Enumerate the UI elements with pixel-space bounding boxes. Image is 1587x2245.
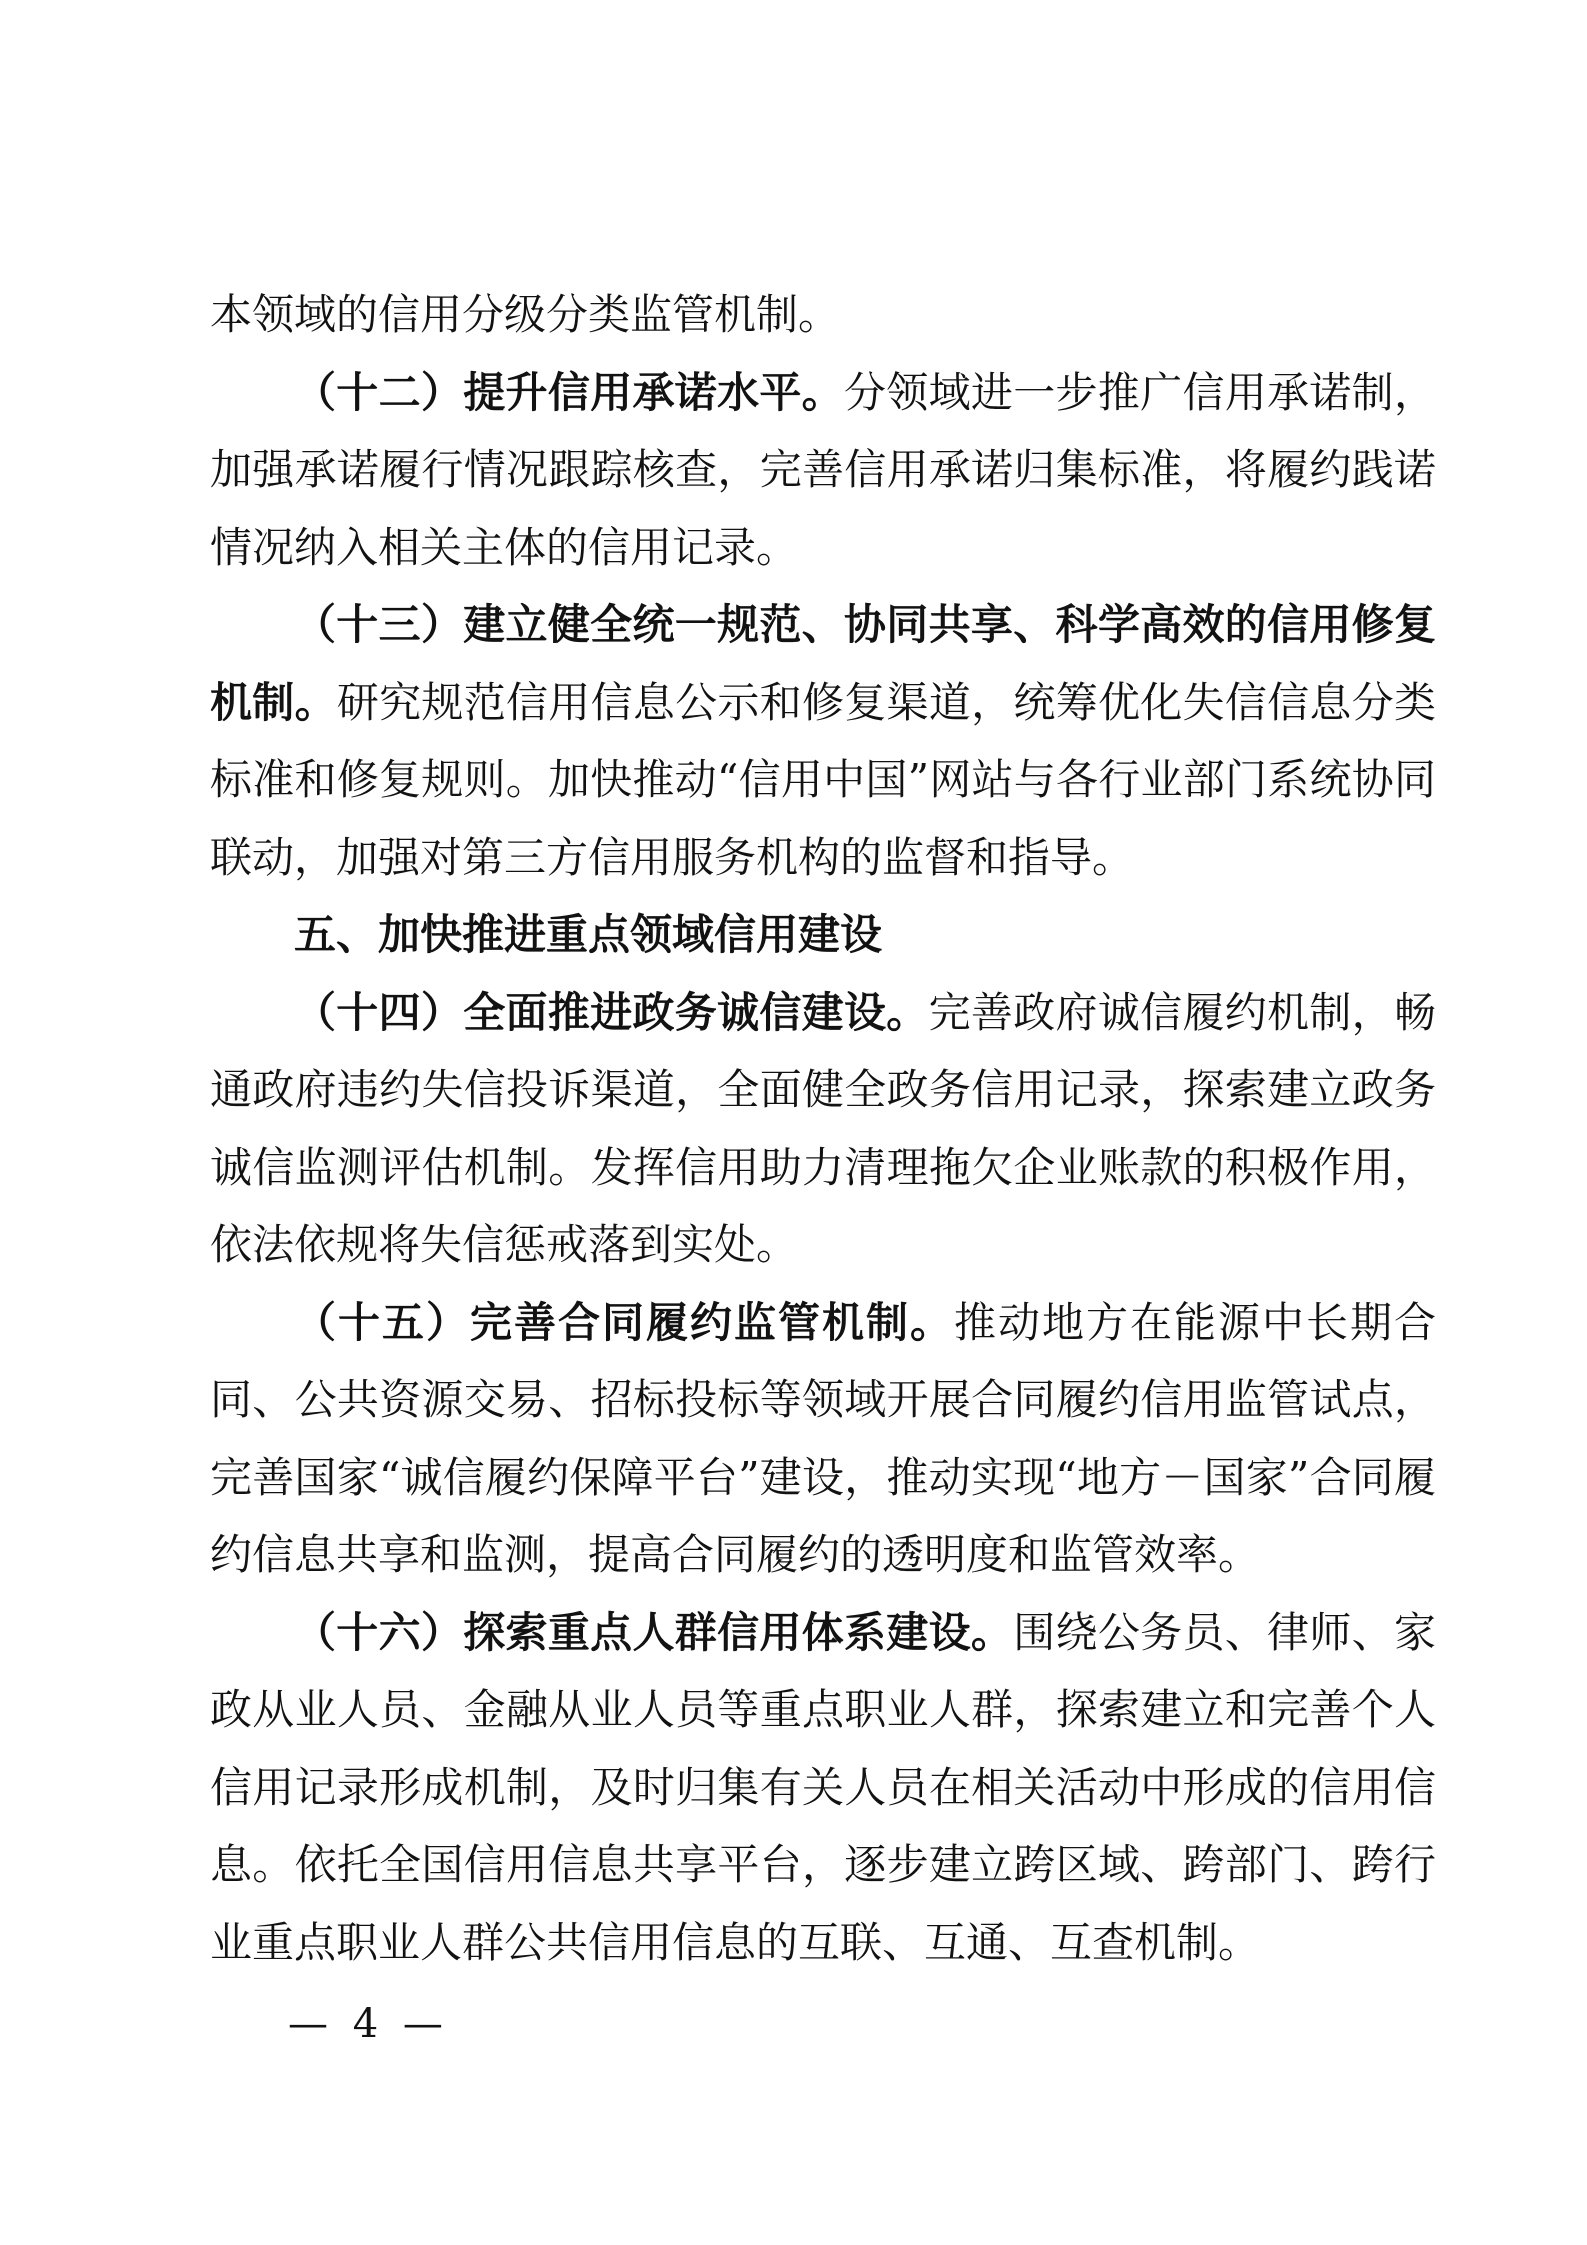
paragraph-15: （十五）完善合同履约监管机制。推动地方在能源中长期合同、公共资源交易、招标投标等… — [210, 1284, 1436, 1594]
paragraph-16: （十六）探索重点人群信用体系建设。围绕公务员、律师、家政从业人员、金融从业人员等… — [210, 1594, 1436, 1982]
paragraph-16-body: 围绕公务员、律师、家政从业人员、金融从业人员等重点职业人群，探索建立和完善个人信… — [210, 1608, 1436, 1967]
paragraph-12: （十二）提升信用承诺水平。分领域进一步推广信用承诺制，加强承诺履行情况跟踪核查，… — [210, 354, 1436, 587]
paragraph-16-lead: （十六）探索重点人群信用体系建设。 — [294, 1608, 1013, 1657]
paragraph-13-body: 研究规范信用信息公示和修复渠道，统筹优化失信信息分类标准和修复规则。加快推动“信… — [210, 678, 1436, 882]
paragraph-15-lead: （十五）完善合同履约监管机制。 — [294, 1298, 954, 1347]
page-number-footer: — 4 — — [288, 2000, 449, 2048]
document-body: 本领域的信用分级分类监管机制。 （十二）提升信用承诺水平。分领域进一步推广信用承… — [210, 276, 1436, 1981]
paragraph-14-lead: （十四）全面推进政务诚信建设。 — [294, 988, 929, 1037]
document-page: 本领域的信用分级分类监管机制。 （十二）提升信用承诺水平。分领域进一步推广信用承… — [0, 0, 1587, 2245]
paragraph-14: （十四）全面推进政务诚信建设。完善政府诚信履约机制，畅通政府违约失信投诉渠道，全… — [210, 974, 1436, 1284]
paragraph-12-lead: （十二）提升信用承诺水平。 — [294, 368, 844, 417]
paragraph-13: （十三）建立健全统一规范、协同共享、科学高效的信用修复机制。研究规范信用信息公示… — [210, 586, 1436, 896]
section-heading: 五、加快推进重点领域信用建设 — [210, 896, 1436, 974]
paragraph-continuation: 本领域的信用分级分类监管机制。 — [210, 276, 1436, 354]
